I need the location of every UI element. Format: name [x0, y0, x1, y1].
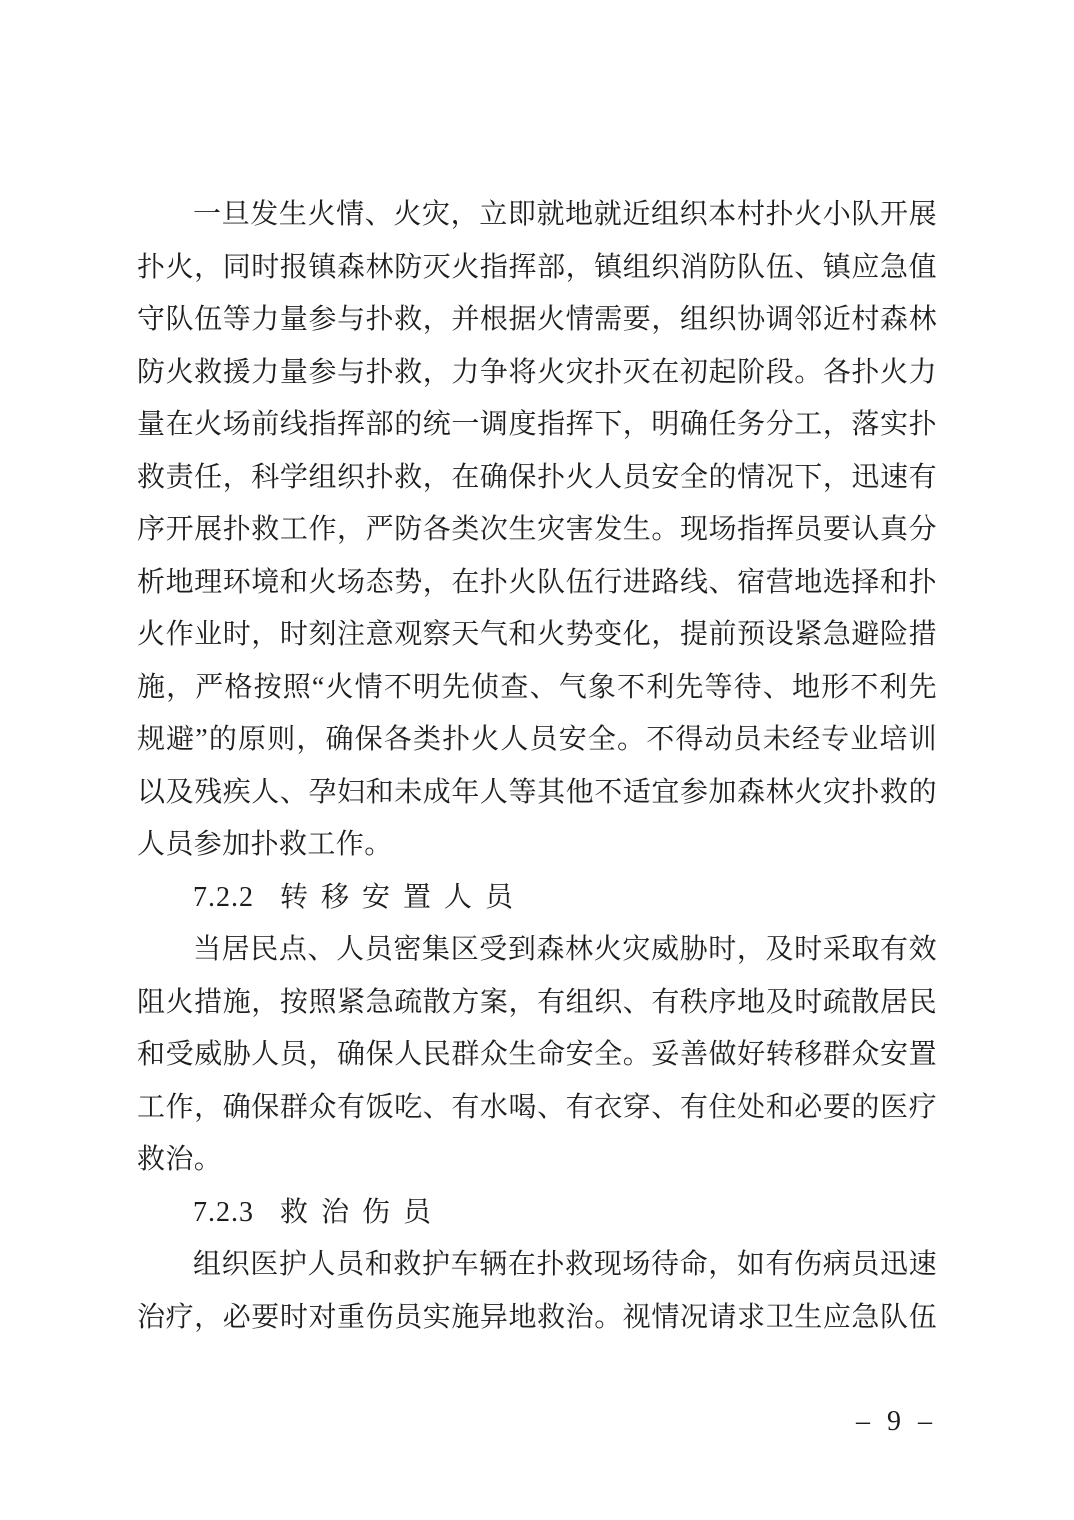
section-title: 转移安置人员	[280, 882, 526, 913]
page-number: – 9 –	[856, 1406, 937, 1437]
paragraph-evacuation-resettlement: 当居民点、人员密集区受到森林火灾威胁时，及时采取有效阻火措施，按照紧急疏散方案，…	[137, 924, 937, 1187]
section-heading-7-2-3: 7.2.3救治伤员	[137, 1187, 937, 1240]
section-number: 7.2.3	[193, 1197, 254, 1228]
page-footer: – 9 –	[137, 1406, 937, 1438]
paragraph-fire-suppression: 一旦发生火情、火灾，立即就地就近组织本村扑火小队开展扑火，同时报镇森林防灭火指挥…	[137, 189, 937, 872]
section-number: 7.2.2	[193, 882, 254, 913]
document-page: 一旦发生火情、火灾，立即就地就近组织本村扑火小队开展扑火，同时报镇森林防灭火指挥…	[0, 0, 1074, 1520]
section-title: 救治伤员	[280, 1197, 444, 1228]
document-content: 一旦发生火情、火灾，立即就地就近组织本村扑火小队开展扑火，同时报镇森林防灭火指挥…	[137, 189, 937, 1344]
section-heading-7-2-2: 7.2.2转移安置人员	[137, 872, 937, 925]
paragraph-medical-treatment: 组织医护人员和救护车辆在扑救现场待命，如有伤病员迅速治疗，必要时对重伤员实施异地…	[137, 1239, 937, 1344]
